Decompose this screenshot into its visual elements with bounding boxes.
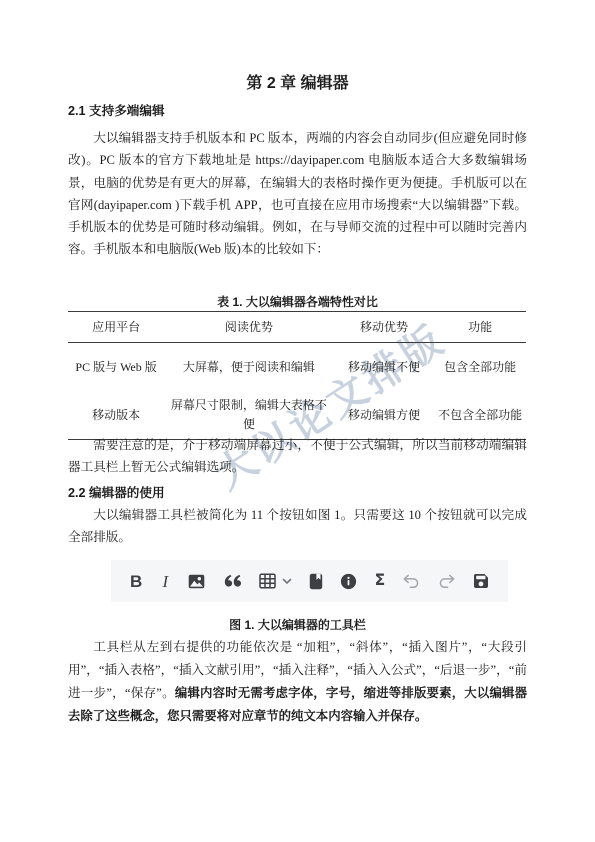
table-caption: 表 1. 大以编辑器各端特性对比 <box>0 293 595 310</box>
chapter-title: 第 2 章 编辑器 <box>0 70 595 93</box>
chevron-down-icon <box>282 578 292 585</box>
table-header-platform: 应用平台 <box>68 312 164 343</box>
section-heading-2-2: 2.2 编辑器的使用 <box>68 482 165 501</box>
table-row: PC 版与 Web 版 大屏幕，便于阅读和编辑 移动编辑不便 包含全部功能 <box>68 343 526 392</box>
table-header-features: 功能 <box>434 312 526 343</box>
editor-toolbar-figure: B I Σ <box>111 560 508 602</box>
citation-book-icon <box>309 573 323 590</box>
table-cell: PC 版与 Web 版 <box>68 343 164 392</box>
table-header-row: 应用平台 阅读优势 移动优势 功能 <box>68 312 526 343</box>
italic-icon: I <box>160 573 172 590</box>
save-icon <box>473 573 489 589</box>
undo-icon <box>402 574 420 588</box>
paragraph-toolbar-intro: 大以编辑器工具栏被简化为 11 个按钮如图 1。只需要这 10 个按钮就可以完成… <box>68 504 527 549</box>
table-cell: 移动编辑方便 <box>334 391 435 440</box>
section-heading-2-1: 2.1 支持多端编辑 <box>68 100 165 119</box>
info-icon <box>340 573 357 590</box>
bold-icon: B <box>130 573 142 590</box>
table-header-mobility: 移动优势 <box>334 312 435 343</box>
table-header-reading: 阅读优势 <box>164 312 333 343</box>
blockquote-icon <box>223 574 242 588</box>
table-cell: 不包含全部功能 <box>434 391 526 440</box>
insert-table-control <box>259 573 292 589</box>
table-cell: 屏幕尺寸限制，编辑大表格不便 <box>164 391 333 440</box>
paragraph-formula-note: 需要注意的是，介于移动端屏幕过小，不便于公式编辑，所以当前移动端编辑器工具栏上暂… <box>68 434 527 479</box>
redo-icon <box>438 574 456 588</box>
comparison-table: 应用平台 阅读优势 移动优势 功能 PC 版与 Web 版 大屏幕，便于阅读和编… <box>68 311 526 440</box>
paragraph-toolbar-functions: 工具栏从左到右提供的功能依次是 “加粗”，“斜体”，“插入图片”，“大段引用”，… <box>68 636 527 728</box>
figure-caption: 图 1. 大以编辑器的工具栏 <box>0 616 595 633</box>
table-row: 移动版本 屏幕尺寸限制，编辑大表格不便 移动编辑方便 不包含全部功能 <box>68 391 526 440</box>
insert-table-icon <box>259 573 276 589</box>
formula-sigma-icon: Σ <box>375 573 386 589</box>
table-cell: 移动编辑不便 <box>334 343 435 392</box>
table-cell: 移动版本 <box>68 391 164 440</box>
table-cell: 大屏幕，便于阅读和编辑 <box>164 343 333 392</box>
paragraph-multi-device: 大以编辑器支持手机版本和 PC 版本，两端的内容会自动同步(但应避免同时修改)。… <box>68 127 527 261</box>
table-cell: 包含全部功能 <box>434 343 526 392</box>
document-page: 大以论文排版 第 2 章 编辑器 2.1 支持多端编辑 大以编辑器支持手机版本和… <box>0 0 595 842</box>
insert-image-icon <box>188 574 205 589</box>
